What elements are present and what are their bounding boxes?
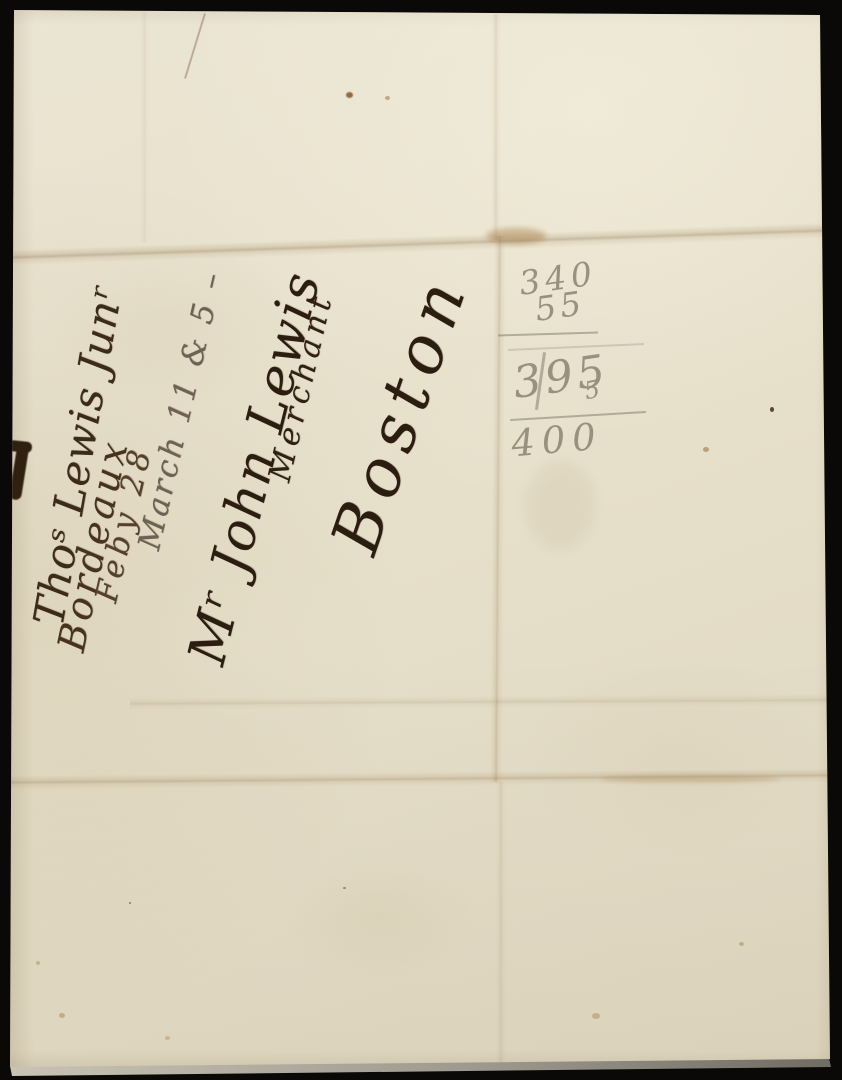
stain-spot bbox=[385, 96, 390, 100]
stain-spot bbox=[770, 407, 774, 412]
stain-spot bbox=[525, 460, 595, 550]
pencil-addend-bottom: 55 bbox=[533, 283, 588, 329]
stain-spot bbox=[36, 961, 40, 965]
stain-spot bbox=[165, 1036, 170, 1040]
fold-crease-vertical-faint-left bbox=[140, 12, 149, 242]
fold-crease-vertical-top bbox=[491, 14, 501, 240]
stain-spot bbox=[59, 1013, 65, 1018]
stain-spot bbox=[486, 228, 546, 244]
photo-stage: 340 55 395 5 400 Thoˢ Lewis Junʳ Bordeau… bbox=[0, 0, 842, 1080]
letter-paper: 340 55 395 5 400 Thoˢ Lewis Junʳ Bordeau… bbox=[0, 0, 842, 1080]
pencil-total: 400 bbox=[509, 415, 604, 466]
fold-crease-vertical-bottom bbox=[496, 782, 506, 1062]
stain-spot bbox=[600, 775, 780, 783]
stain-spot bbox=[823, 166, 828, 175]
stain-spot bbox=[129, 902, 131, 904]
stain-spot bbox=[343, 887, 346, 889]
stain-spot bbox=[739, 942, 744, 946]
stain-spot bbox=[592, 1013, 600, 1019]
stain-spot bbox=[703, 447, 709, 452]
stain-spot bbox=[346, 92, 353, 98]
